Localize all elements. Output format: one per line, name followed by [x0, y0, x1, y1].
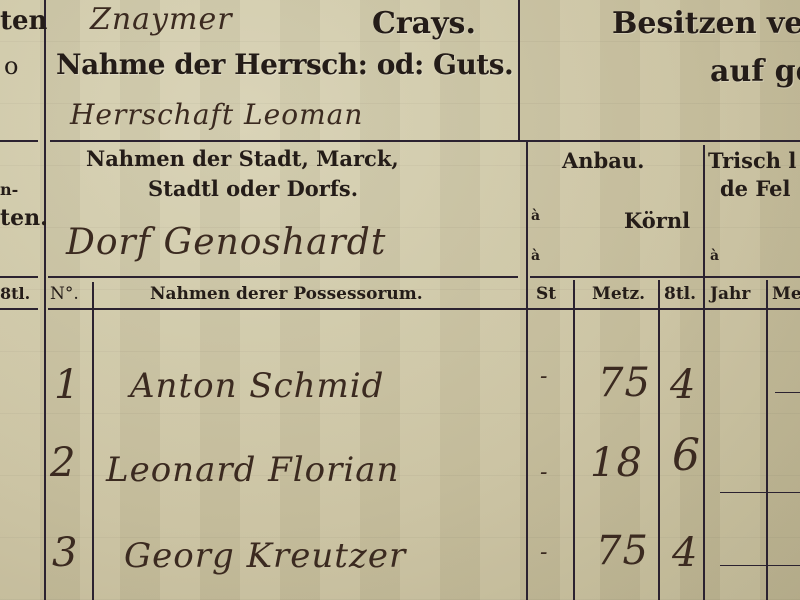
rule-main-right-lower	[526, 140, 528, 600]
metz-value: 18	[590, 440, 643, 486]
rule-anbau-right	[703, 145, 705, 600]
rule-number-col	[92, 282, 94, 600]
rule-main-right	[518, 0, 520, 140]
row-dash: -	[540, 460, 548, 485]
label-ort-line2: Stadtl oder Dorfs.	[148, 176, 358, 201]
row-number: 1	[54, 362, 80, 408]
margin-fragment-o: o	[4, 52, 18, 80]
col-header-possessors: Nahmen derer Possessorum.	[150, 284, 423, 304]
label-trisch-line1: Trisch l	[708, 148, 796, 173]
col-header-achtel: 8tl.	[664, 284, 696, 304]
trailing-dash	[775, 392, 800, 393]
margin-fragment-ten: ten	[0, 6, 47, 36]
label-kreis: Crays.	[372, 6, 476, 41]
label-herrschaft: Nahme der Herrsch: od: Guts.	[56, 48, 513, 81]
rule-metz	[658, 280, 660, 600]
label-trisch-line2: de Fel	[720, 176, 790, 201]
right-title-line2: auf ge	[710, 54, 800, 89]
possessor-name: Anton Schmid	[130, 366, 384, 406]
possessor-name: Georg Kreutzer	[124, 536, 406, 576]
col-header-st: St	[536, 284, 556, 304]
achtel-value: 4	[670, 362, 696, 408]
margin-fragment-8tl: 8tl.	[0, 284, 30, 303]
a-mark-3: à	[710, 248, 719, 264]
col-header-number: N°.	[50, 284, 79, 304]
row-number: 3	[52, 530, 78, 576]
rule-right-header-bottom	[530, 276, 800, 278]
trailing-dash	[720, 565, 800, 566]
margin-fragment-ten2: ten.	[0, 205, 48, 231]
label-koernl: Körnl	[624, 208, 690, 233]
row-dash: -	[540, 364, 548, 389]
a-mark-1: à	[531, 208, 540, 224]
rule-colheader-bottom	[48, 308, 800, 310]
a-mark-2: à	[531, 248, 540, 264]
rule-header-bottom	[48, 276, 518, 278]
rule-left-margin	[44, 0, 46, 600]
achtel-value: 6	[672, 430, 701, 481]
row-number: 2	[50, 440, 76, 486]
col-header-metz: Metz.	[592, 284, 645, 304]
row-dash: -	[540, 540, 548, 565]
label-ort: Nahmen der Stadt, Marck,	[86, 146, 399, 171]
rule-left-margin-2	[0, 276, 38, 278]
rule-st	[573, 280, 575, 600]
label-anbau: Anbau.	[562, 148, 644, 173]
handwritten-herrschaft: Herrschaft Leoman	[70, 98, 363, 131]
col-header-me: Me	[772, 284, 800, 304]
rule-left-margin-3	[0, 308, 38, 310]
col-header-jahr: Jahr	[710, 284, 750, 304]
rule-jahr	[766, 280, 768, 600]
rule-left-margin-1	[0, 140, 38, 142]
right-title-line1: Besitzen ve	[612, 6, 800, 41]
achtel-value: 4	[672, 530, 698, 576]
trailing-dash	[720, 492, 800, 493]
metz-value: 75	[598, 360, 651, 406]
possessor-name: Leonard Florian	[106, 450, 399, 490]
rule-under-herrschaft	[50, 140, 800, 142]
margin-fragment-n: n-	[0, 180, 18, 199]
metz-value: 75	[596, 528, 649, 574]
handwritten-kreis: Znaymer	[90, 2, 233, 37]
handwritten-ort: Dorf Genoshardt	[66, 222, 386, 263]
